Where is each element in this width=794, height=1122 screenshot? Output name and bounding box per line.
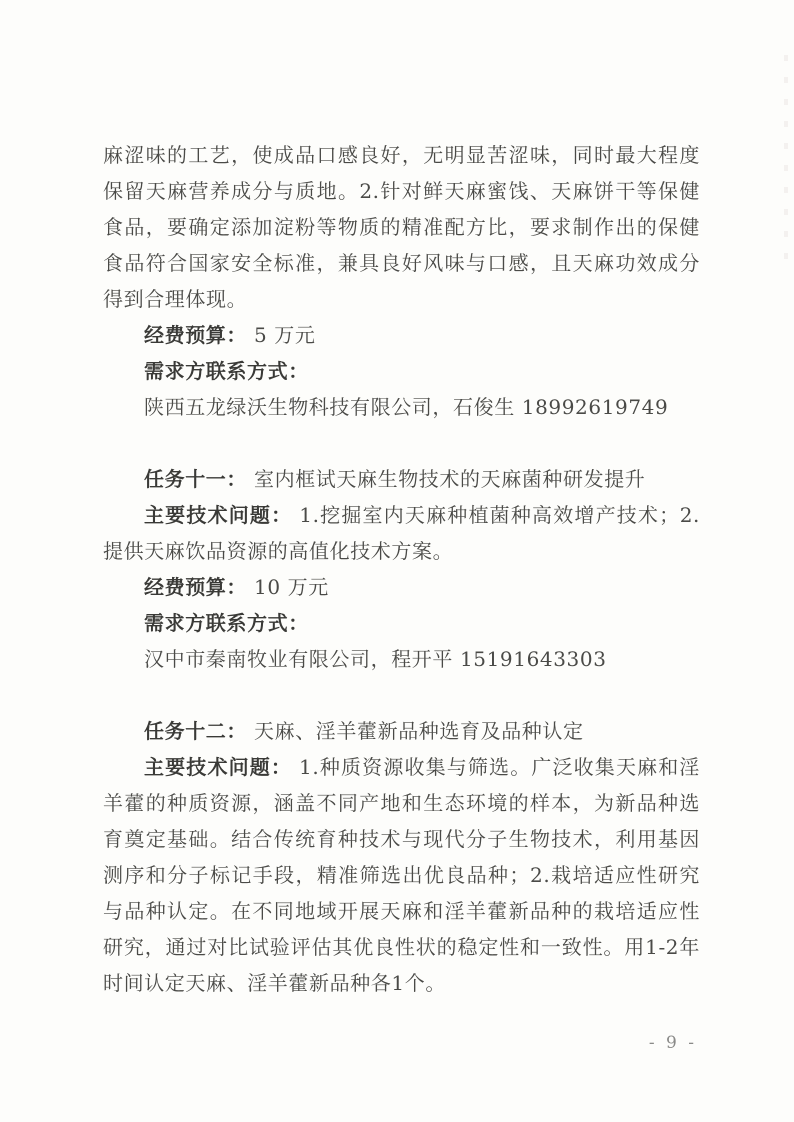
task12-heading-label: 任务十二： bbox=[144, 719, 247, 743]
task11-contact-label-line: 需求方联系方式： bbox=[103, 605, 700, 641]
task11-problems-text-1: 1.挖掘室内天麻种植菌种高效增产技术；2. bbox=[299, 503, 700, 527]
task12-problems-label: 主要技术问题： bbox=[144, 755, 292, 779]
task11-heading-line: 任务十一：室内框试天麻生物技术的天麻菌种研发提升 bbox=[103, 461, 700, 497]
task11-budget-label: 经费预算： bbox=[144, 575, 247, 599]
task12-problems-line-4: 测序和分子标记手段，精准筛选出优良品种；2.栽培适应性研究 bbox=[103, 857, 700, 893]
task12-problems-line-2: 羊藿的种质资源，涵盖不同产地和生态环境的样本，为新品种选 bbox=[103, 785, 700, 821]
task11-problems-line-1: 主要技术问题：1.挖掘室内天麻种植菌种高效增产技术；2. bbox=[103, 497, 700, 533]
task10-budget-value: 5 万元 bbox=[254, 323, 315, 347]
task11-heading-label: 任务十一： bbox=[144, 467, 247, 491]
task12-problems-line-7: 时间认定天麻、淫羊藿新品种各1个。 bbox=[103, 965, 700, 1001]
task12-problems-line-6: 研究，通过对比试验评估其优良性状的稳定性和一致性。用1-2年 bbox=[103, 929, 700, 965]
blank-line bbox=[103, 425, 700, 461]
task11-budget-line: 经费预算：10 万元 bbox=[103, 569, 700, 605]
task12-problems-line-1: 主要技术问题：1.种质资源收集与筛选。广泛收集天麻和淫 bbox=[103, 749, 700, 785]
task12-problems-text-1: 1.种质资源收集与筛选。广泛收集天麻和淫 bbox=[299, 755, 700, 779]
task10-contact-label: 需求方联系方式： bbox=[144, 359, 309, 383]
intro-paragraph-line-2: 保留天麻营养成分与质地。2.针对鲜天麻蜜饯、天麻饼干等保健 bbox=[103, 173, 700, 209]
task12-problems-line-3: 育奠定基础。结合传统育种技术与现代分子生物技术，利用基因 bbox=[103, 821, 700, 857]
task10-budget-line: 经费预算：5 万元 bbox=[103, 317, 700, 353]
intro-paragraph-line-1: 麻涩味的工艺，使成品口感良好，无明显苦涩味，同时最大程度 bbox=[103, 137, 700, 173]
document-body: 麻涩味的工艺，使成品口感良好，无明显苦涩味，同时最大程度 保留天麻营养成分与质地… bbox=[103, 137, 700, 1001]
task11-budget-value: 10 万元 bbox=[254, 575, 329, 599]
page-number: - 9 - bbox=[649, 1030, 697, 1056]
task12-heading-title: 天麻、淫羊藿新品种选育及品种认定 bbox=[254, 719, 584, 743]
task12-heading-line: 任务十二：天麻、淫羊藿新品种选育及品种认定 bbox=[103, 713, 700, 749]
scan-artifact bbox=[784, 55, 788, 270]
task11-heading-title: 室内框试天麻生物技术的天麻菌种研发提升 bbox=[254, 467, 645, 491]
task10-contact-label-line: 需求方联系方式： bbox=[103, 353, 700, 389]
task10-budget-label: 经费预算： bbox=[144, 323, 247, 347]
task11-problems-line-2: 提供天麻饮品资源的高值化技术方案。 bbox=[103, 533, 700, 569]
task10-contact-value-line: 陕西五龙绿沃生物科技有限公司，石俊生 18992619749 bbox=[103, 389, 700, 425]
intro-paragraph-line-5: 得到合理体现。 bbox=[103, 281, 700, 317]
intro-paragraph-line-3: 食品，要确定添加淀粉等物质的精准配方比，要求制作出的保健 bbox=[103, 209, 700, 245]
document-page: 麻涩味的工艺，使成品口感良好，无明显苦涩味，同时最大程度 保留天麻营养成分与质地… bbox=[0, 0, 794, 1122]
task11-problems-label: 主要技术问题： bbox=[144, 503, 292, 527]
task11-contact-value-line: 汉中市秦南牧业有限公司，程开平 15191643303 bbox=[103, 641, 700, 677]
task11-contact-label: 需求方联系方式： bbox=[144, 611, 309, 635]
intro-paragraph-line-4: 食品符合国家安全标准，兼具良好风味与口感，且天麻功效成分 bbox=[103, 245, 700, 281]
task12-problems-line-5: 与品种认定。在不同地域开展天麻和淫羊藿新品种的栽培适应性 bbox=[103, 893, 700, 929]
blank-line bbox=[103, 677, 700, 713]
